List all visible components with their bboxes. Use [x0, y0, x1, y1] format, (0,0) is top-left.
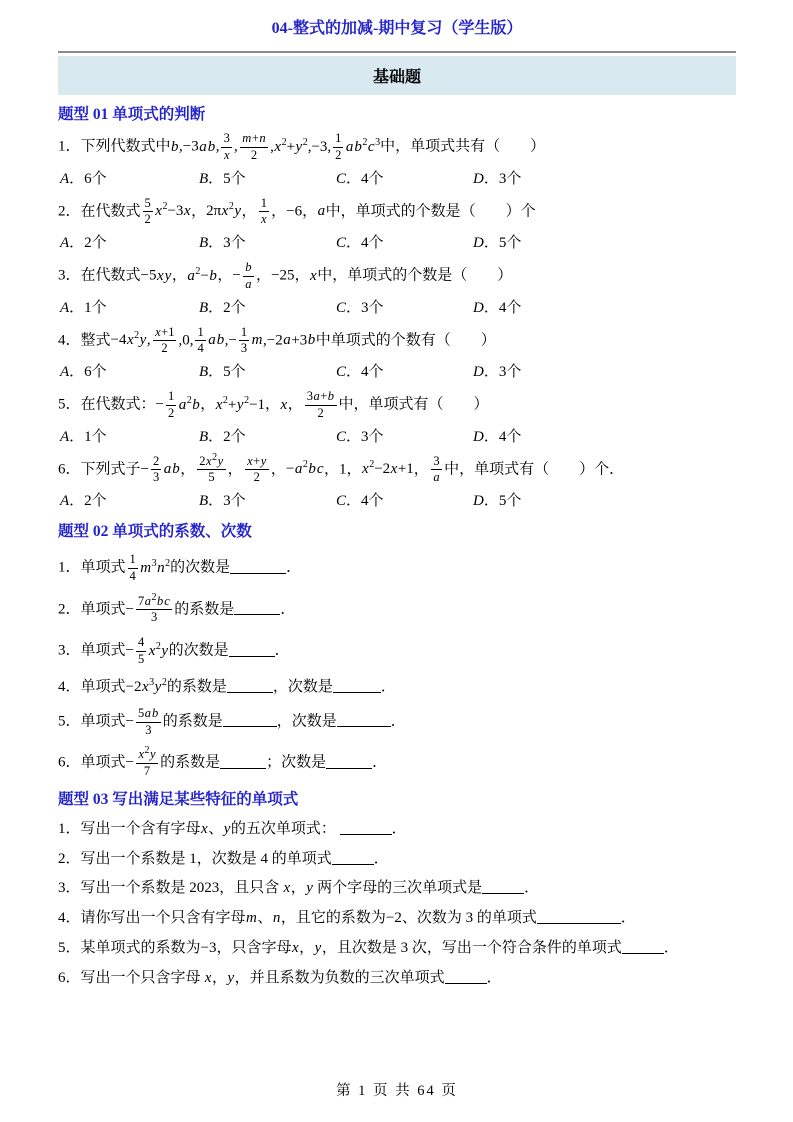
math-expression: a2−b [187, 268, 217, 284]
fraction-denominator: 5 [197, 470, 225, 485]
question-line: 5．某单项式的系数为−3，只含字母x，y，且次数是 3 次，写出一个符合条件的单… [58, 938, 736, 960]
blank-field [482, 879, 524, 894]
blank-field [326, 754, 372, 769]
question-text: 2．单项式 [58, 601, 126, 617]
question-line: 4．整式−4x2y,x+12,0,14ab,−13m,−2a+3b中单项式的个数… [58, 325, 736, 358]
question-text: ， [299, 940, 314, 956]
banner-basic-questions: 基础题 [58, 56, 736, 95]
question-text: 中，单项式有（ ）个． [444, 461, 624, 477]
question-text: 中，单项式的个数是（ ） [317, 268, 512, 284]
question-text: 4．单项式 [58, 679, 126, 695]
fraction-denominator: 5 [136, 652, 146, 667]
question-text: ， [347, 461, 362, 477]
question-text: ， [228, 461, 243, 477]
blank-field [229, 642, 275, 657]
math-expression: a2b [178, 397, 200, 413]
question-line: 3．写出一个系数是 2023，且只含 x，y 两个字母的三次单项式是． [58, 878, 736, 900]
question-text: ， [324, 461, 339, 477]
fraction-numerator: 3 [221, 132, 232, 148]
question: 6．单项式−x2y7的系数是；次数是． [58, 747, 736, 780]
question: 3．在代数式−5xy，a2−b，−ba，−25，x中，单项式的个数是（ ）A．1… [58, 260, 736, 319]
fraction-denominator: 4 [128, 569, 138, 584]
question: 4．请你写出一个只含有字母m、n，且它的系数为−2、次数为 3 的单项式． [58, 908, 736, 930]
question-text: 3．在代数式 [58, 268, 141, 284]
question-text: ． [391, 713, 406, 729]
fraction-denominator: 4 [195, 341, 205, 356]
fraction-denominator: 7 [136, 764, 158, 779]
math-fraction: x+12 [153, 326, 177, 357]
fraction-denominator: 2 [305, 406, 337, 421]
question-text: ， [271, 461, 286, 477]
options-row: A．2个B．3个C．4个D．5个 [60, 490, 736, 512]
option: A．6个 [60, 168, 199, 190]
options-row: A．1个B．2个C．3个D．4个 [60, 297, 736, 319]
math-expression: ab2c3 [345, 139, 380, 155]
options-row: A．6个B．5个C．4个D．3个 [60, 168, 736, 190]
fraction-denominator: 2 [143, 212, 153, 227]
question-text: ，并且系数为负数的三次单项式 [235, 970, 445, 986]
math-expression: ,0, [178, 332, 193, 348]
blank-field [227, 678, 273, 693]
math-expression: −25 [271, 268, 294, 284]
fraction-numerator: 1 [128, 553, 138, 569]
math-expression: − [156, 397, 164, 413]
math-expression: y [227, 970, 235, 986]
math-expression: b,−3ab, [171, 139, 220, 155]
fraction-numerator: 1 [239, 326, 249, 342]
fraction-denominator: 3 [136, 723, 161, 738]
question-text: ， [242, 203, 257, 219]
question-text: ， [302, 203, 317, 219]
question-text: 6．单项式 [58, 755, 126, 771]
math-expression: x2+y2−1 [215, 397, 265, 413]
fraction-numerator: 1 [195, 326, 205, 342]
question-text: ， [191, 203, 206, 219]
question-line: 3．在代数式−5xy，a2−b，−ba，−25，x中，单项式的个数是（ ） [58, 260, 736, 293]
math-expression: x2−3x [155, 203, 191, 219]
option: B．5个 [199, 168, 336, 190]
fraction-numerator: 2 [151, 455, 161, 471]
question-text: 的系数是 [167, 679, 227, 695]
question-line: 1．单项式14m3n2的次数是． [58, 552, 736, 585]
math-fraction: m+n2 [240, 132, 268, 163]
question-text: 6．下列式子 [58, 461, 141, 477]
math-expression: m3n2 [140, 560, 170, 576]
section: 题型 03 写出满足某些特征的单项式1．写出一个含有字母x、y的五次单项式： ．… [58, 789, 736, 990]
question: 4．整式−4x2y,x+12,0,14ab,−13m,−2a+3b中单项式的个数… [58, 325, 736, 384]
option: D．4个 [473, 297, 736, 319]
math-expression: x [291, 940, 299, 956]
fraction-numerator: x2y [136, 748, 158, 764]
blank-field [223, 712, 277, 727]
question-line: 2．单项式−7a2bc3的系数是． [58, 594, 736, 627]
question: 2．在代数式52x2−3x，2πx2y，1x，−6，a中，单项式的个数是（ ）个… [58, 196, 736, 255]
section: 题型 01 单项式的判断1．下列代数式中b,−3ab,3x,m+n2,x2+y2… [58, 104, 736, 512]
question-text: ． [487, 970, 502, 986]
blank-field [230, 559, 286, 574]
fraction-denominator: x [221, 148, 232, 163]
math-expression: m,−2a+3b [251, 332, 316, 348]
math-fraction: 7a2bc3 [136, 595, 172, 626]
math-expression: −2x3y2 [126, 679, 167, 695]
math-expression: x2y [148, 643, 168, 659]
question: 4．单项式−2x3y2的系数是，次数是． [58, 677, 736, 697]
option: D．3个 [473, 168, 736, 190]
math-expression: − [126, 601, 134, 617]
math-fraction: x+y2 [245, 455, 269, 486]
question-text: ． [374, 851, 389, 867]
fraction-denominator: a [243, 277, 254, 292]
worksheet-page: 04-整式的加减-期中复习（学生版） 基础题 题型 01 单项式的判断1．下列代… [0, 0, 793, 1122]
blank-field [445, 969, 487, 984]
math-fraction: x2y7 [136, 748, 158, 779]
section-heading: 题型 01 单项式的判断 [58, 104, 736, 126]
question: 2．写出一个系数是 1，次数是 4 的单项式． [58, 849, 736, 871]
question: 3．单项式−45x2y的次数是． [58, 635, 736, 668]
fraction-denominator: 3 [136, 610, 172, 625]
option: D．4个 [473, 426, 736, 448]
option: C．4个 [336, 490, 473, 512]
question: 5．单项式−5ab3的系数是，次数是． [58, 706, 736, 739]
math-fraction: 3a [431, 455, 442, 486]
question-text: ． [275, 643, 290, 659]
math-expression: a [317, 203, 326, 219]
option: C．3个 [336, 297, 473, 319]
math-expression: − [232, 268, 240, 284]
question-text: ． [392, 821, 407, 837]
question-text: ． [280, 601, 295, 617]
fraction-numerator: 1 [333, 132, 343, 148]
fraction-denominator: 2 [166, 406, 176, 421]
question-text: 3．单项式 [58, 643, 126, 659]
question: 3．写出一个系数是 2023，且只含 x，y 两个字母的三次单项式是． [58, 878, 736, 900]
option: C．4个 [336, 168, 473, 190]
math-expression: x [283, 880, 291, 896]
question-text: 的系数是 [160, 755, 220, 771]
section-heading: 题型 03 写出满足某些特征的单项式 [58, 789, 736, 811]
question-text: 两个字母的三次单项式是 [313, 880, 482, 896]
fraction-numerator: 5 [143, 197, 153, 213]
blank-field [340, 820, 392, 835]
blank-field [333, 678, 381, 693]
math-fraction: 23 [151, 455, 161, 486]
question: 5．某单项式的系数为−3，只含字母x，y，且次数是 3 次，写出一个符合条件的单… [58, 938, 736, 960]
question-text: 的系数是 [174, 601, 234, 617]
question-line: 1．写出一个含有字母x、y的五次单项式： ． [58, 819, 736, 841]
option: A．6个 [60, 361, 199, 383]
options-row: A．1个B．2个C．3个D．4个 [60, 426, 736, 448]
question-line: 3．单项式−45x2y的次数是． [58, 635, 736, 668]
question-text: ， [212, 970, 227, 986]
math-expression: ab,− [208, 332, 237, 348]
fraction-numerator: 1 [259, 197, 270, 213]
fraction-denominator: 2 [245, 470, 269, 485]
question-line: 6．下列式子−23ab，2x2y5，x+y2，−a2bc，1，x2−2x+1，3… [58, 454, 736, 487]
fraction-denominator: 2 [153, 341, 177, 356]
question-text: 6．写出一个只含字母 [58, 970, 204, 986]
question-line: 6．单项式−x2y7的系数是；次数是． [58, 747, 736, 780]
question-text: 、 [208, 821, 223, 837]
sections-container: 题型 01 单项式的判断1．下列代数式中b,−3ab,3x,m+n2,x2+y2… [58, 95, 736, 997]
question-text: 、 [257, 910, 272, 926]
option: B．3个 [199, 490, 336, 512]
math-expression: ab [163, 461, 180, 477]
fraction-numerator: x+y [245, 455, 269, 471]
math-expression: −a2bc [286, 461, 324, 477]
question: 1．写出一个含有字母x、y的五次单项式： ． [58, 819, 736, 841]
question-text: 5．在代数式： [58, 397, 156, 413]
fraction-denominator: 3 [239, 341, 249, 356]
math-expression: y [223, 821, 231, 837]
option: D．3个 [473, 361, 736, 383]
math-fraction: 12 [166, 390, 176, 421]
math-expression: , [234, 139, 238, 155]
math-expression: − [141, 461, 149, 477]
math-fraction: 45 [136, 636, 146, 667]
blank-field [537, 909, 621, 924]
math-expression: −5xy [141, 268, 172, 284]
question-text: ， [288, 397, 303, 413]
question-text: 1．写出一个含有字母 [58, 821, 201, 837]
math-expression: x [204, 970, 212, 986]
fraction-denominator: 2 [240, 148, 268, 163]
question-text: 的次数是 [170, 560, 230, 576]
math-fraction: 5ab3 [136, 707, 161, 738]
fraction-numerator: 4 [136, 636, 146, 652]
section: 题型 02 单项式的系数、次数1．单项式14m3n2的次数是．2．单项式−7a2… [58, 521, 736, 780]
question-line: 5．在代数式：−12a2b，x2+y2−1，x，3a+b2中，单项式有（ ） [58, 389, 736, 422]
math-expression: x2−2x+1 [362, 461, 414, 477]
fraction-denominator: a [431, 470, 442, 485]
math-expression: m [246, 910, 258, 926]
question-text: 5．某单项式的系数为−3，只含字母 [58, 940, 291, 956]
option: B．5个 [199, 361, 336, 383]
question-text: ． [372, 755, 387, 771]
question-text: ；次数是 [266, 755, 326, 771]
math-expression: − [126, 643, 134, 659]
section-heading: 题型 02 单项式的系数、次数 [58, 521, 736, 543]
question-text: ． [664, 940, 679, 956]
question-line: 1．下列代数式中b,−3ab,3x,m+n2,x2+y2,−3,12ab2c3中… [58, 131, 736, 164]
footer-page-number: 第 1 页 共 64 页 [58, 1079, 736, 1100]
math-fraction: 3a+b2 [305, 390, 337, 421]
question-text: ， [256, 268, 271, 284]
question-text: ，次数是 [277, 713, 337, 729]
question-line: 4．单项式−2x3y2的系数是，次数是． [58, 677, 736, 697]
page-title: 04-整式的加减-期中复习（学生版） [58, 18, 736, 40]
question-text: 的五次单项式： [231, 821, 340, 837]
fraction-denominator: 2 [333, 148, 343, 163]
question-text: 的系数是 [163, 713, 223, 729]
question-text: ． [524, 880, 539, 896]
question-text: ． [621, 910, 636, 926]
math-fraction: 12 [333, 132, 343, 163]
math-expression: 2πx2y [206, 203, 241, 219]
fraction-numerator: 5ab [136, 707, 161, 723]
option: B．3个 [199, 232, 336, 254]
question-text: 4．请你写出一个只含有字母 [58, 910, 246, 926]
question-text: 的次数是 [169, 643, 229, 659]
option: A．2个 [60, 490, 199, 512]
blank-field [337, 712, 391, 727]
question-text: 中，单项式的个数是（ ）个 [326, 203, 536, 219]
blank-field [622, 939, 664, 954]
question-text: ， [295, 268, 310, 284]
question-text: ，且它的系数为−2、次数为 3 的单项式 [281, 910, 537, 926]
fraction-numerator: 1 [166, 390, 176, 406]
math-fraction: 13 [239, 326, 249, 357]
math-fraction: 14 [128, 553, 138, 584]
question-text: 4．整式 [58, 332, 111, 348]
math-expression: −4x2y, [111, 332, 151, 348]
math-expression: − [126, 713, 134, 729]
question-text: 中单项式的个数有（ ） [316, 332, 496, 348]
fraction-numerator: 3a+b [305, 390, 337, 406]
fraction-denominator: x [259, 212, 270, 227]
fraction-numerator: 2x2y [197, 455, 225, 471]
question-line: 2．写出一个系数是 1，次数是 4 的单项式． [58, 849, 736, 871]
fraction-numerator: x+1 [153, 326, 177, 342]
question-text: 2．在代数式 [58, 203, 141, 219]
fraction-numerator: 3 [431, 455, 442, 471]
question-text: ， [291, 880, 306, 896]
math-fraction: 52 [143, 197, 153, 228]
option: C．4个 [336, 232, 473, 254]
question-text: ， [217, 268, 232, 284]
fraction-numerator: m+n [240, 132, 268, 148]
blank-field [234, 600, 280, 615]
option: C．4个 [336, 361, 473, 383]
question-text: ， [271, 203, 286, 219]
question-text: ． [286, 560, 301, 576]
math-fraction: 1x [259, 197, 270, 228]
option: B．2个 [199, 426, 336, 448]
options-row: A．6个B．5个C．4个D．3个 [60, 361, 736, 383]
math-expression: y [314, 940, 322, 956]
question: 5．在代数式：−12a2b，x2+y2−1，x，3a+b2中，单项式有（ ）A．… [58, 389, 736, 448]
math-fraction: 2x2y5 [197, 455, 225, 486]
blank-field [220, 754, 266, 769]
option: A．1个 [60, 297, 199, 319]
question: 6．写出一个只含字母 x，y，并且系数为负数的三次单项式． [58, 968, 736, 990]
math-fraction: 14 [195, 326, 205, 357]
question: 6．下列式子−23ab，2x2y5，x+y2，−a2bc，1，x2−2x+1，3… [58, 454, 736, 513]
question-text: ，次数是 [273, 679, 333, 695]
math-fraction: ba [243, 261, 254, 292]
divider-line [58, 51, 736, 53]
question-text: ， [180, 461, 195, 477]
math-expression: x [280, 397, 288, 413]
question-text: 2．写出一个系数是 1，次数是 4 的单项式 [58, 851, 332, 867]
question-text: ． [381, 679, 396, 695]
question-text: ， [265, 397, 280, 413]
question-text: ， [414, 461, 429, 477]
question-text: 3．写出一个系数是 2023，且只含 [58, 880, 283, 896]
fraction-numerator: b [243, 261, 254, 277]
options-row: A．2个B．3个C．4个D．5个 [60, 232, 736, 254]
question-line: 4．请你写出一个只含有字母m、n，且它的系数为−2、次数为 3 的单项式． [58, 908, 736, 930]
option: A．1个 [60, 426, 199, 448]
option: C．3个 [336, 426, 473, 448]
fraction-numerator: 7a2bc [136, 595, 172, 611]
question: 1．单项式14m3n2的次数是． [58, 552, 736, 585]
question-text: 5．单项式 [58, 713, 126, 729]
math-expression: −6 [286, 203, 302, 219]
question-line: 2．在代数式52x2−3x，2πx2y，1x，−6，a中，单项式的个数是（ ）个 [58, 196, 736, 229]
option: D．5个 [473, 490, 736, 512]
question-text: 中，单项式有（ ） [339, 397, 489, 413]
question-text: ， [200, 397, 215, 413]
question-text: ， [172, 268, 187, 284]
question-text: ，且次数是 3 次，写出一个符合条件的单项式 [322, 940, 622, 956]
math-expression: − [126, 755, 134, 771]
option: A．2个 [60, 232, 199, 254]
math-expression: 1 [339, 461, 347, 477]
fraction-denominator: 3 [151, 470, 161, 485]
question-text: 1．下列代数式中 [58, 139, 171, 155]
question-text: 中，单项式共有（ ） [380, 139, 545, 155]
question-line: 6．写出一个只含字母 x，y，并且系数为负数的三次单项式． [58, 968, 736, 990]
question: 1．下列代数式中b,−3ab,3x,m+n2,x2+y2,−3,12ab2c3中… [58, 131, 736, 190]
math-expression: ,x2+y2,−3, [270, 139, 331, 155]
question-line: 5．单项式−5ab3的系数是，次数是． [58, 706, 736, 739]
question: 2．单项式−7a2bc3的系数是． [58, 594, 736, 627]
question-text: 1．单项式 [58, 560, 126, 576]
math-fraction: 3x [221, 132, 232, 163]
blank-field [332, 850, 374, 865]
option: D．5个 [473, 232, 736, 254]
math-expression: n [272, 910, 281, 926]
option: B．2个 [199, 297, 336, 319]
